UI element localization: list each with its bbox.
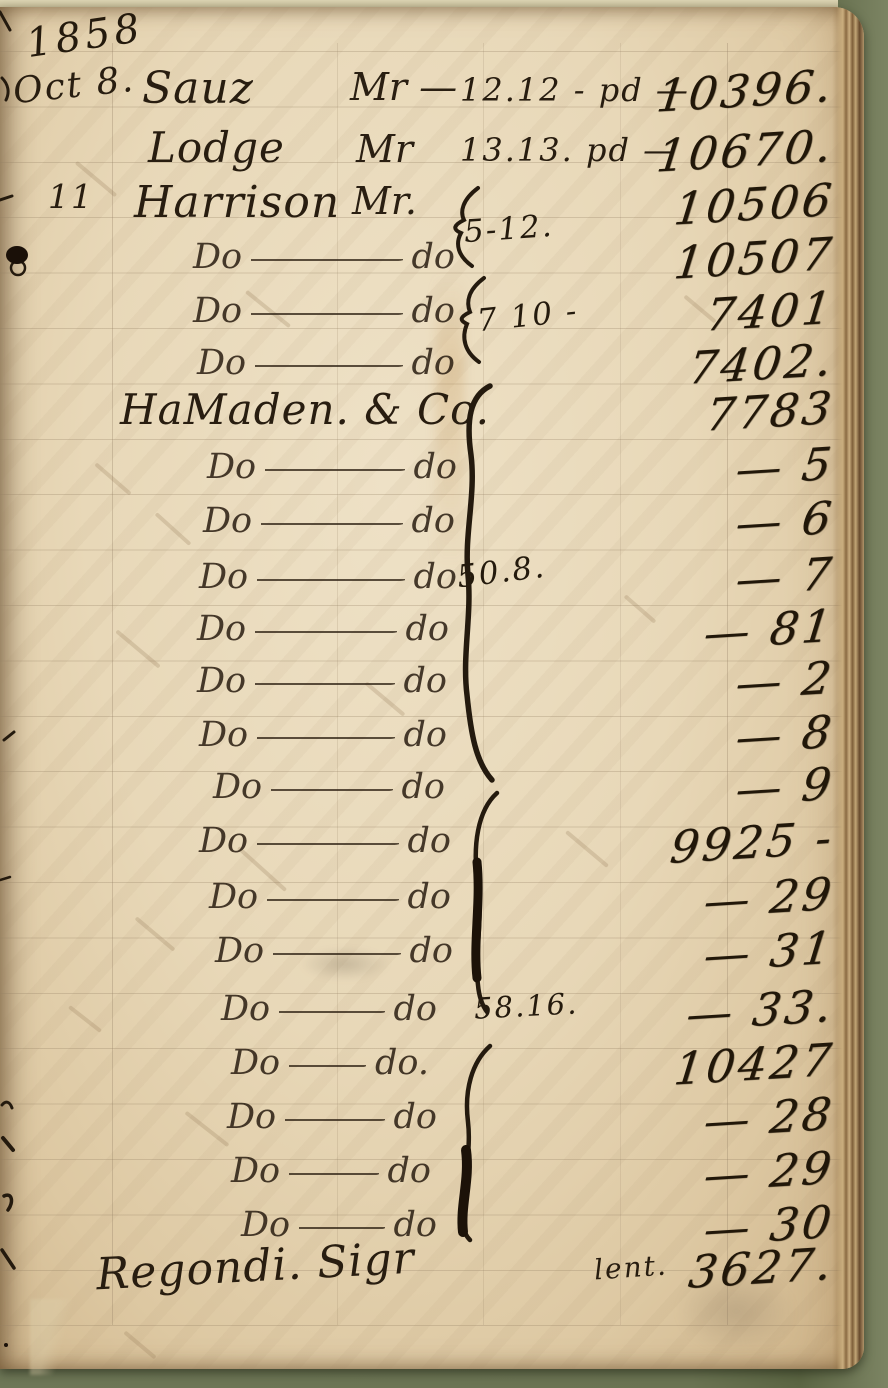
ditto-line bbox=[251, 259, 402, 261]
ditto-line bbox=[271, 789, 392, 791]
ditto-line bbox=[299, 1227, 384, 1229]
entry-date: 11 bbox=[48, 177, 94, 216]
ditto-line bbox=[285, 1119, 384, 1121]
ditto-mark: Dodo bbox=[193, 291, 455, 331]
entry-name: Sauz bbox=[142, 63, 254, 114]
ditto-left: Do bbox=[221, 989, 270, 1029]
group-total: 58.16. bbox=[473, 986, 579, 1025]
ditto-line bbox=[251, 313, 402, 315]
entry-name: Harrison bbox=[134, 177, 340, 228]
entry-title: Mr — bbox=[350, 65, 457, 109]
ledger-row: Dodo — 29 bbox=[0, 1145, 864, 1201]
ledger-row: HaMaden. & Co. 7783 bbox=[0, 385, 864, 441]
ditto-left: Do bbox=[197, 661, 246, 701]
ditto-right: do bbox=[412, 343, 455, 383]
ditto-right: do bbox=[402, 767, 445, 807]
ledger-row: Dodo 7401 bbox=[0, 285, 864, 341]
ditto-mark: Dodo bbox=[193, 237, 455, 277]
ditto-mark: Dodo bbox=[213, 767, 445, 807]
ditto-right: do bbox=[412, 237, 455, 277]
serial-number: 3627. bbox=[599, 1237, 837, 1304]
ditto-mark: Dodo bbox=[209, 877, 451, 917]
ditto-line bbox=[257, 579, 404, 581]
ditto-line bbox=[257, 737, 394, 739]
ditto-mark: Dodo bbox=[203, 501, 455, 541]
ditto-left: Do bbox=[231, 1043, 280, 1083]
ditto-mark: Dodo bbox=[197, 609, 449, 649]
serial-number: — 31 bbox=[599, 921, 837, 988]
ditto-left: Do bbox=[197, 343, 246, 383]
ditto-line bbox=[257, 843, 398, 845]
entry-name: Lodge bbox=[148, 123, 285, 172]
ditto-mark: Dodo bbox=[199, 557, 457, 597]
ledger-row: Lodge Mr 13.13. pd — 10670. bbox=[0, 123, 864, 179]
scanned-ledger-photo: { "colors": { "ink": "#2a1f12", "paper":… bbox=[0, 0, 888, 1388]
ditto-mark: Dodo. bbox=[231, 1043, 429, 1083]
ditto-mark: Dodo bbox=[207, 447, 457, 487]
ditto-left: Do bbox=[193, 291, 242, 331]
ditto-left: Do bbox=[203, 501, 252, 541]
ditto-left: Do bbox=[227, 1097, 276, 1137]
ditto-line bbox=[255, 365, 402, 367]
ditto-right: do bbox=[414, 447, 457, 487]
ditto-mark: Dodo bbox=[215, 931, 453, 971]
ledger-row: Dodo — 33. bbox=[0, 983, 864, 1039]
ledger-row: Dodo. 10427 bbox=[0, 1037, 864, 1093]
ditto-right: do bbox=[388, 1151, 431, 1191]
ledger-page: 1858 Oct 8. Sauz Mr — 12.12 - pd — 10396… bbox=[0, 7, 864, 1369]
ditto-left: Do bbox=[207, 447, 256, 487]
ledger-row: Dodo 9925 - bbox=[0, 815, 864, 871]
ditto-right: do bbox=[394, 1097, 437, 1137]
ditto-right: do bbox=[404, 715, 447, 755]
ditto-right: do bbox=[406, 609, 449, 649]
ditto-line bbox=[265, 469, 404, 471]
entry-title: Mr bbox=[356, 127, 413, 171]
ditto-right: do bbox=[414, 557, 457, 597]
ditto-mark: Dodo bbox=[231, 1151, 431, 1191]
ditto-right: do bbox=[408, 821, 451, 861]
ditto-right: do bbox=[408, 877, 451, 917]
ditto-right: do bbox=[412, 291, 455, 331]
serial-number: 10396. bbox=[599, 59, 837, 126]
ditto-right: do bbox=[410, 931, 453, 971]
ledger-row: Dodo — 8 bbox=[0, 709, 864, 765]
ditto-left: Do bbox=[199, 715, 248, 755]
ditto-mark: Dodo bbox=[199, 715, 447, 755]
ditto-line bbox=[255, 631, 396, 633]
ditto-mark: Dodo bbox=[221, 989, 437, 1029]
ledger-row: Dodo — 2 bbox=[0, 655, 864, 711]
ditto-left: Do bbox=[197, 609, 246, 649]
ditto-line bbox=[261, 523, 402, 525]
serial-number: 7783 bbox=[599, 381, 837, 448]
ditto-left: Do bbox=[215, 931, 264, 971]
ledger-row: Dodo — 9 bbox=[0, 761, 864, 817]
ditto-right: do bbox=[412, 501, 455, 541]
ditto-right: do. bbox=[375, 1043, 429, 1083]
entry-name: HaMaden. & Co. bbox=[120, 385, 490, 434]
ledger-row: Dodo 10507 bbox=[0, 231, 864, 287]
entry-name: Regondi. Sigr bbox=[95, 1233, 416, 1301]
ditto-mark: Dodo bbox=[197, 661, 447, 701]
entry-title: Mr. bbox=[352, 179, 417, 223]
entry-date: Oct 8. bbox=[11, 59, 137, 113]
bracket-value: 5-12. bbox=[463, 208, 555, 250]
ledger-row: Regondi. Sigr lent. 3627. bbox=[0, 1241, 864, 1297]
ledger-row: 11 Harrison Mr. 10506 bbox=[0, 177, 864, 233]
ditto-left: Do bbox=[199, 557, 248, 597]
ledger-row: Dodo — 81 bbox=[0, 603, 864, 659]
ditto-right: do bbox=[404, 661, 447, 701]
ditto-left: Do bbox=[193, 237, 242, 277]
ditto-mark: Dodo bbox=[197, 343, 455, 383]
ledger-row: Dodo — 29 bbox=[0, 871, 864, 927]
ditto-line bbox=[273, 953, 400, 955]
gutter-mark bbox=[0, 12, 10, 30]
serial-number: — 6 bbox=[599, 491, 837, 558]
ditto-mark: Dodo bbox=[227, 1097, 437, 1137]
ditto-line bbox=[289, 1173, 378, 1175]
ditto-right: do bbox=[394, 989, 437, 1029]
ditto-left: Do bbox=[231, 1151, 280, 1191]
ditto-left: Do bbox=[213, 767, 262, 807]
ditto-left: Do bbox=[209, 877, 258, 917]
ditto-mark: Dodo bbox=[199, 821, 451, 861]
serial-number: 9925 - bbox=[599, 811, 837, 878]
ledger-row: Oct 8. Sauz Mr — 12.12 - pd — 10396. bbox=[0, 63, 864, 119]
page-stack-edge bbox=[832, 7, 864, 1369]
ditto-line bbox=[267, 899, 398, 901]
ledger-row: Dodo — 6 bbox=[0, 495, 864, 551]
ink-speck bbox=[4, 1343, 8, 1347]
worn-corner bbox=[30, 1299, 82, 1375]
ledger-row: Dodo — 7 bbox=[0, 551, 864, 607]
ledger-row: Dodo — 31 bbox=[0, 925, 864, 981]
ditto-line bbox=[255, 683, 394, 685]
ledger-row: Dodo — 5 bbox=[0, 441, 864, 497]
ledger-row: Dodo — 28 bbox=[0, 1091, 864, 1147]
ditto-left: Do bbox=[199, 821, 248, 861]
ditto-line bbox=[279, 1011, 384, 1013]
ditto-line bbox=[289, 1065, 366, 1067]
